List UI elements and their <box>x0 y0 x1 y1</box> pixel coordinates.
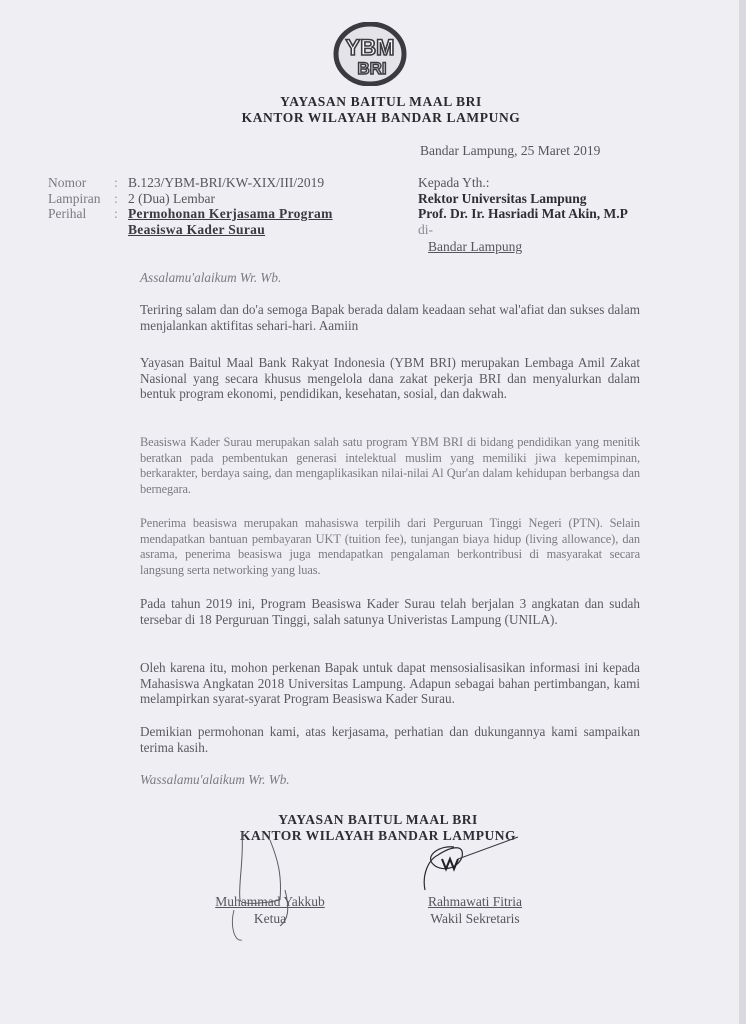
recipient-name: Prof. Dr. Ir. Hasriadi Mat Akin, M.P <box>418 206 628 222</box>
signer-role: Ketua <box>200 910 340 927</box>
letterhead-org: YAYASAN BAITUL MAAL BRI KANTOR WILAYAH B… <box>0 94 746 126</box>
letter-date: Bandar Lampung, 25 Maret 2019 <box>420 143 600 159</box>
signer-wakil-sekretaris: Rahmawati Fitria Wakil Sekretaris <box>405 893 545 927</box>
meta-spacer <box>114 222 128 238</box>
signature-ketua <box>230 830 350 950</box>
ybm-bri-logo: YBM BRI <box>328 22 412 86</box>
svg-text:YBM: YBM <box>346 35 395 60</box>
meta-label: Lampiran <box>48 191 114 207</box>
scan-page-edge <box>739 0 746 1024</box>
meta-row-perihal: Perihal : Permohonan Kerjasama Program <box>48 206 333 222</box>
meta-colon: : <box>114 206 128 222</box>
closing: Wassalamu'alaikum Wr. Wb. <box>140 772 640 788</box>
meta-label: Perihal <box>48 206 114 222</box>
recipient-salutation: Kepada Yth.: <box>418 175 628 191</box>
recipient-title: Rektor Universitas Lampung <box>418 191 628 207</box>
meta-label: Nomor <box>48 175 114 191</box>
paragraph: Pada tahun 2019 ini, Program Beasiswa Ka… <box>140 596 640 627</box>
paragraph: Penerima beasiswa merupakan mahasiswa te… <box>140 516 640 579</box>
meta-row-perihal-cont: Beasiswa Kader Surau <box>48 222 333 238</box>
signer-name: Muhammad Yakkub <box>200 893 340 910</box>
subject-line2: Beasiswa Kader Surau <box>128 222 265 238</box>
signer-name: Rahmawati Fitria <box>405 893 545 910</box>
recipient-di: di- <box>418 222 628 238</box>
subject-line1: Permohonan Kerjasama Program <box>128 206 333 222</box>
recipient-city: Bandar Lampung <box>428 239 522 255</box>
paragraph: Demikian permohonan kami, atas kerjasama… <box>140 724 640 755</box>
paragraph: Beasiswa Kader Surau merupakan salah sat… <box>140 435 640 498</box>
meta-colon: : <box>114 191 128 207</box>
meta-spacer <box>48 222 114 238</box>
org-name: YAYASAN BAITUL MAAL BRI <box>16 94 746 110</box>
recipient-block: Kepada Yth.: Rektor Universitas Lampung … <box>418 175 628 255</box>
svg-text:BRI: BRI <box>357 59 386 78</box>
meta-colon: : <box>114 175 128 191</box>
org-office: KANTOR WILAYAH BANDAR LAMPUNG <box>16 110 746 126</box>
meta-value: 2 (Dua) Lembar <box>128 191 215 207</box>
letter-meta: Nomor : B.123/YBM-BRI/KW-XIX/III/2019 La… <box>48 175 333 237</box>
meta-value: B.123/YBM-BRI/KW-XIX/III/2019 <box>128 175 324 191</box>
signer-ketua: Muhammad Yakkub Ketua <box>200 893 340 927</box>
meta-row-lampiran: Lampiran : 2 (Dua) Lembar <box>48 191 333 207</box>
paragraph: Oleh karena itu, mohon perkenan Bapak un… <box>140 660 640 707</box>
greeting: Assalamu'alaikum Wr. Wb. <box>140 270 640 286</box>
paragraph: Teriring salam dan do'a semoga Bapak ber… <box>140 302 640 333</box>
signature-wakil-sekretaris <box>420 835 540 895</box>
signer-role: Wakil Sekretaris <box>405 910 545 927</box>
sig-org-name: YAYASAN BAITUL MAAL BRI <box>218 812 538 828</box>
paragraph: Yayasan Baitul Maal Bank Rakyat Indonesi… <box>140 355 640 402</box>
meta-row-nomor: Nomor : B.123/YBM-BRI/KW-XIX/III/2019 <box>48 175 333 191</box>
